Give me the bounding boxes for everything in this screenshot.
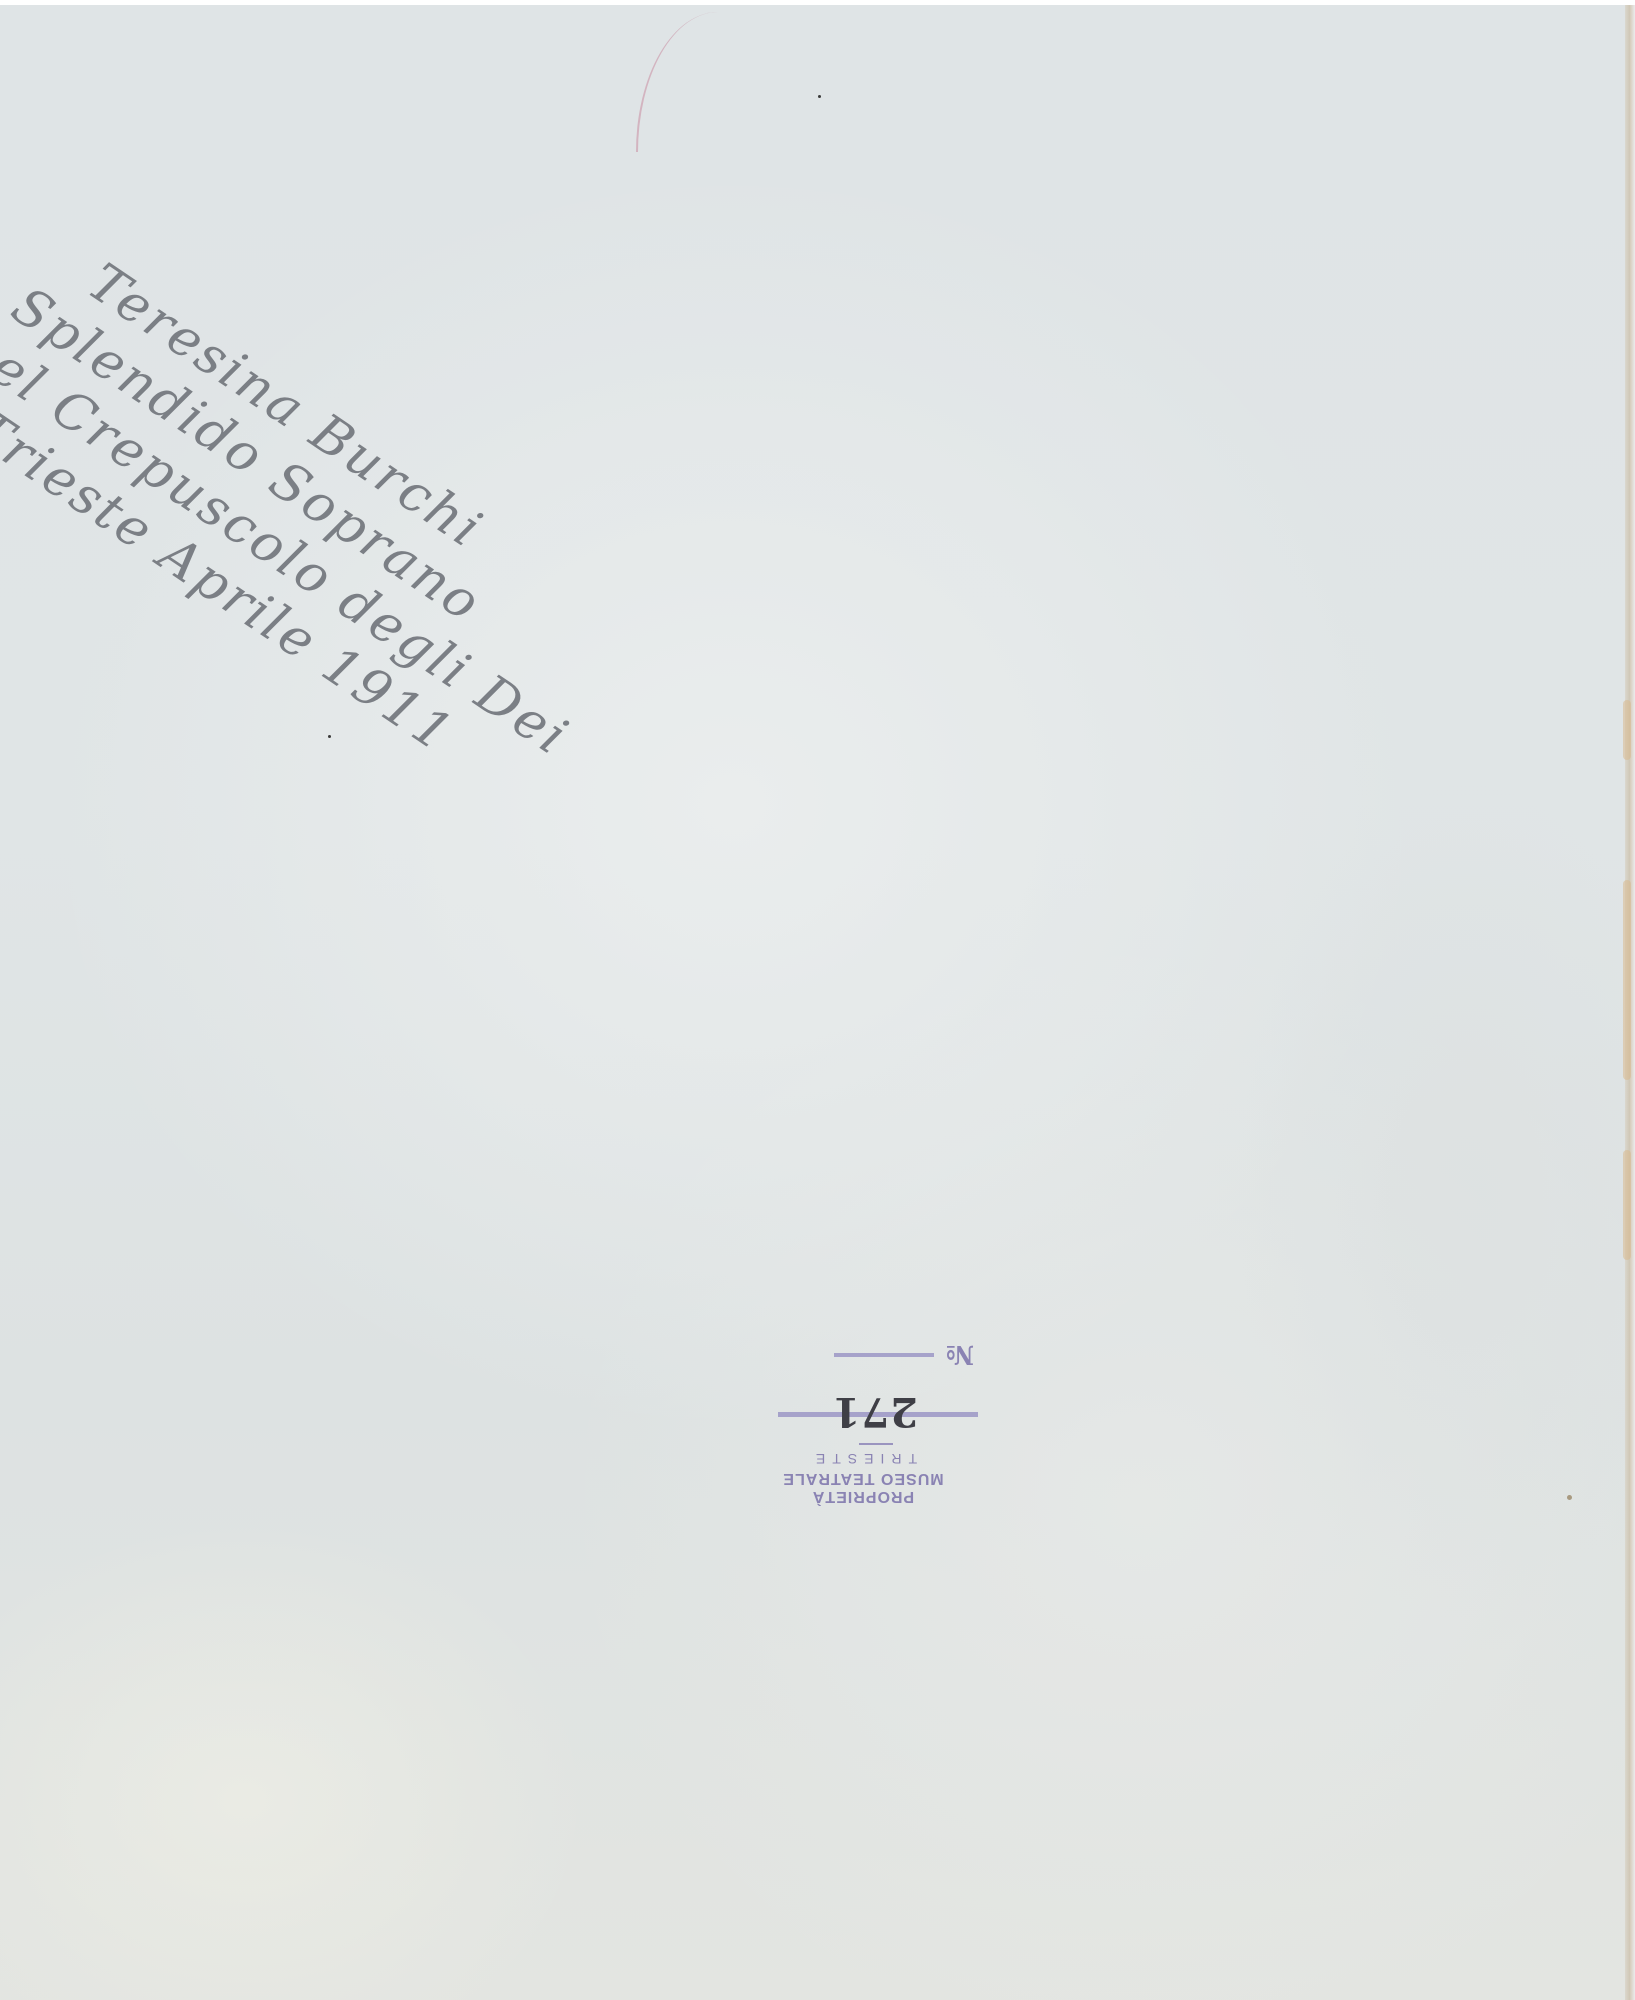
edge-stain — [1623, 700, 1631, 760]
numero-sign-icon: № — [946, 1339, 974, 1369]
edge-stain — [1623, 1150, 1631, 1260]
speck — [818, 95, 821, 98]
speck — [328, 735, 331, 738]
scan-background: Teresina Burchi Splendido Soprano nel Cr… — [0, 0, 1635, 2000]
stamp-line-city: TRIESTE — [748, 1451, 978, 1467]
stamp-numero-underline — [834, 1353, 934, 1357]
stamp-divider — [859, 1443, 893, 1445]
stamp-inventory-number: 271 — [832, 1388, 919, 1435]
stamp-line-museo: MUSEO TEATRALE — [748, 1469, 978, 1487]
speck — [1567, 1495, 1572, 1500]
photo-card-verso — [0, 5, 1630, 2000]
stamp-line-proprieta: PROPRIETÀ — [748, 1487, 978, 1505]
edge-stain — [1623, 880, 1631, 1080]
museum-ownership-stamp: PROPRIETÀ MUSEO TEATRALE TRIESTE 271 № — [748, 1315, 978, 1505]
